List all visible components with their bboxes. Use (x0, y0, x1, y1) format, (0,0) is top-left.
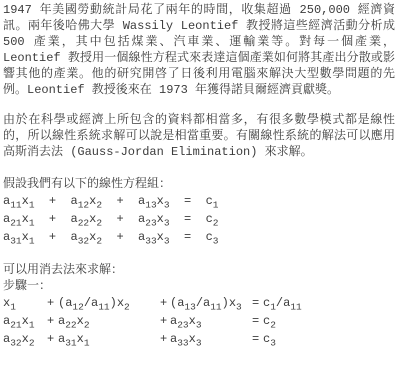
equation-term: + (47, 330, 58, 348)
equation-row: a31x1 + a32x2 + a33x3 = c3 (3, 228, 395, 246)
equation-row: x1+(a12/a11)x2+(a13/a11)x3=c1/a11 (3, 294, 395, 312)
equation-term: + (160, 330, 170, 348)
equation-term: a31x1 (58, 330, 160, 348)
equation-term: c1/a11 (263, 294, 302, 312)
equation-term: = (252, 294, 263, 312)
step-one-label: 步驟一： (3, 278, 395, 294)
equation-term: c3 (263, 330, 276, 348)
equation-term: a33x3 (170, 330, 252, 348)
equation-term: + (160, 294, 170, 312)
paragraph-linear-systems: 由於在科學或經濟上所包含的資料都相當多，有很多數學模式都是線性的，所以線性系統求… (3, 112, 395, 160)
equation-term: c2 (263, 312, 276, 330)
document-page: 1947 年美國勞動統計局花了兩年的時間，收集超過 250,000 經濟資訊。兩… (3, 2, 395, 348)
equation-term: = (252, 330, 263, 348)
equation-term: + (47, 294, 58, 312)
step-one-equations: x1+(a12/a11)x2+(a13/a11)x3=c1/a11a21x1+a… (3, 294, 395, 348)
equation-term: a23x3 (170, 312, 252, 330)
assume-system-line: 假設我們有以下的線性方程組： (3, 176, 395, 192)
equation-term: = (252, 312, 263, 330)
equation-term: a21x1 (3, 312, 47, 330)
linear-system-equations: a11x1 + a12x2 + a13x3 = c1a21x1 + a22x2 … (3, 192, 395, 246)
equation-term: x1 (3, 294, 47, 312)
equation-term: (a13/a11)x3 (170, 294, 252, 312)
equation-row: a32x2+a31x1+a33x3=c3 (3, 330, 395, 348)
equation-row: a11x1 + a12x2 + a13x3 = c1 (3, 192, 395, 210)
equation-term: (a12/a11)x2 (58, 294, 160, 312)
equation-term: a22x2 (58, 312, 160, 330)
equation-row: a21x1+a22x2+a23x3=c2 (3, 312, 395, 330)
elimination-intro-line: 可以用消去法來求解： (3, 262, 395, 278)
equation-term: + (160, 312, 170, 330)
equation-term: + (47, 312, 58, 330)
equation-row: a21x1 + a22x2 + a23x3 = c2 (3, 210, 395, 228)
paragraph-leontief-history: 1947 年美國勞動統計局花了兩年的時間，收集超過 250,000 經濟資訊。兩… (3, 2, 395, 98)
equation-term: a32x2 (3, 330, 47, 348)
